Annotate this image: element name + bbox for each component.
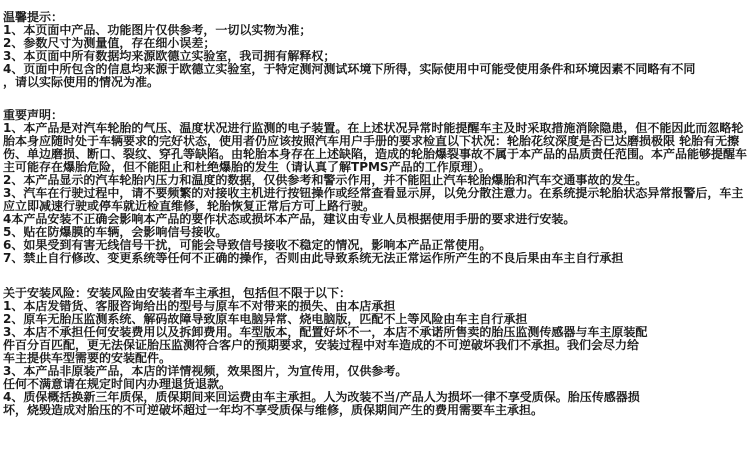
section-warm-tips: 温馨提示：1、本页面中产品、功能图片仅供参考，一切以实物为准；2、参数尺寸为测量… (3, 11, 750, 89)
section-important-statement: 重要声明：1、本产品是对汽车轮胎的气压、温度状况进行监测的电子装置。在上述状况异… (3, 109, 750, 265)
text-line: 关于安装风险：安装风险由安装者车主承担，包括但不限于以下： (3, 287, 750, 300)
text-line: 3、本产品非原装产品，本店的详情视频，效果图片，为宣传用，仅供参考。 (3, 365, 750, 378)
text-line: 5、贴在防爆膜的车辆，会影响信号接收。 (3, 226, 750, 239)
section-installation-risk: 关于安装风险：安装风险由安装者车主承担，包括但不限于以下：1、本店发错货、客服咨… (3, 287, 750, 417)
text-line: 件百分百匹配，更无法保证胎压监测符合客户的预期要求，安装过程中对车造成的不可逆破… (3, 339, 750, 352)
text-line: 主可能存在爆胎危险，但不能阻止和杜绝爆胎的发生（请认真了解TPMS产品的工作原理… (3, 161, 750, 174)
text-line: 6、如果受到有害无线信号干扰，可能会导致信号接收不稳定的情况，影响本产品正常使用… (3, 239, 750, 252)
text-line: 2、参数尺寸为测量值，存在细小误差； (3, 37, 750, 50)
text-line: 3、本店不承担任何安装费用以及拆卸费用。车型版本，配置好坏不一，本店不承诺所售卖… (3, 326, 750, 339)
text-line: 3、汽车在行驶过程中，请不要频繁的对接收主机进行按钮操作或经常查看显示屏，以免分… (3, 187, 750, 200)
text-line: 4、质保概括换新三年质保，质保期间来回运费由车主承担。人为改装不当/产品人为损坏… (3, 391, 750, 404)
text-line: 坏，烧毁造成对胎压的不可逆破坏超过一年均不享受质保与维修，质保期间产生的费用需要… (3, 404, 750, 417)
disclaimer-page: 温馨提示：1、本页面中产品、功能图片仅供参考，一切以实物为准；2、参数尺寸为测量… (0, 0, 750, 417)
text-line: 4、页面中所包含的信息均来源于欧德立实验室，于特定测河测试环境下所得，实际使用中… (3, 63, 750, 76)
text-line: 3、本页面中所有数据均来源欧德立实验室，我司拥有解释权； (3, 50, 750, 63)
text-line: 温馨提示： (3, 11, 750, 24)
text-line: 2、本产品显示的汽车轮胎内压力和温度的数据，仅供参考和警示作用，并不能阻止汽车轮… (3, 174, 750, 187)
text-line: 重要声明： (3, 109, 750, 122)
text-line: 伤、单边磨损、断口、裂纹、穿孔等缺陷。由轮胎本身存在上述缺陷，造成的轮胎爆裂事故… (3, 148, 750, 161)
text-line: 1、本店发错货、客服咨询给出的型号与原车不对带来的损失、由本店承担 (3, 300, 750, 313)
text-line: 7、禁止自行修改、变更系统等任何不正确的操作，否则由此导致系统无法正常运作所产生… (3, 252, 750, 265)
text-line: 4本产品安装不正确会影响本产品的要作状态或损坏本产品，建议由专业人员根据使用手册… (3, 213, 750, 226)
text-line: 1、本页面中产品、功能图片仅供参考，一切以实物为准； (3, 24, 750, 37)
text-line: 任何不满意请在规定时间内办理退货退款。 (3, 378, 750, 391)
text-line: 车主提供车型需要的安装配件。 (3, 352, 750, 365)
text-line: 应立即减速行驶或停车就近检直维修，轮胎恢复正常后方可上路行驶。 (3, 200, 750, 213)
text-line: 胎本身应随时处于车辆要求的完好状态，使用者仍应该按照汽车用户手册的要求检直以下状… (3, 135, 750, 148)
text-line: ，请以实际使用的情况为准。 (3, 76, 750, 89)
text-line: 1、本产品是对汽车轮胎的气压、温度状况进行监测的电子装置。在上述状况异常时能提醒… (3, 122, 750, 135)
text-line: 2、原车无胎压监测系统、解码故障导致原车电脑异常、烧电脑版，匹配不上等风险由车主… (3, 313, 750, 326)
